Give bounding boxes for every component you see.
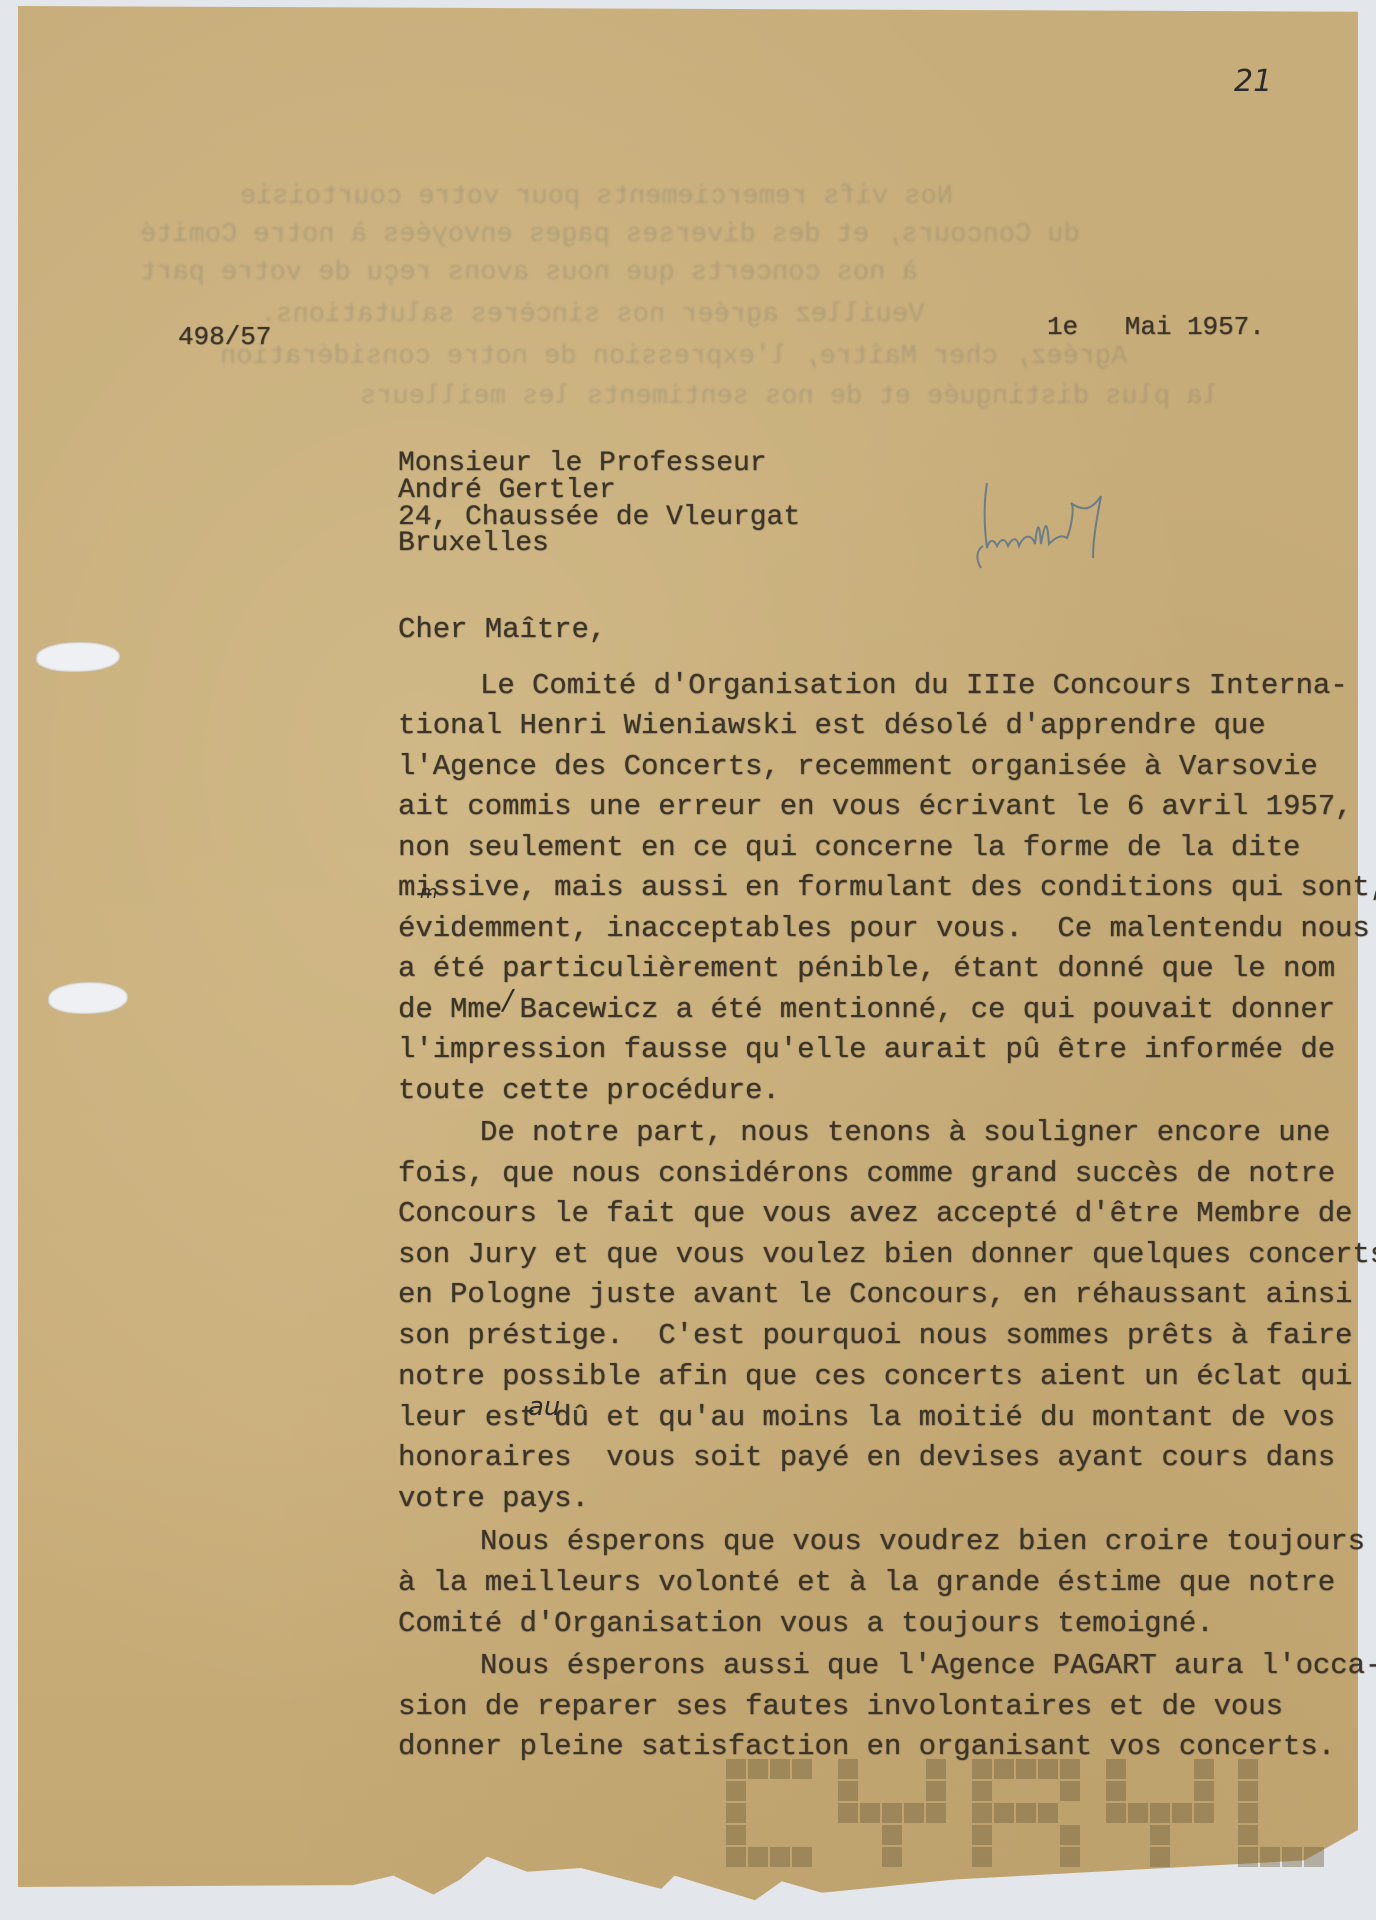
watermark-cell: [1106, 1781, 1126, 1801]
watermark-cell: [926, 1759, 946, 1779]
body-line: ait commis une erreur en vous écrivant l…: [398, 787, 1352, 827]
watermark-cell: [972, 1803, 992, 1823]
watermark-cell: [1150, 1825, 1170, 1845]
watermark-cell: [1172, 1803, 1192, 1823]
watermark-cell: [1238, 1847, 1258, 1867]
watermark-cell: [1016, 1759, 1036, 1779]
body-line: l'impression fausse qu'elle aurait pû êt…: [398, 1030, 1335, 1070]
watermark-cell: [972, 1825, 992, 1845]
watermark-cell: [1238, 1825, 1258, 1845]
body-line: de Mme Bacewicz a été mentionné, ce qui …: [398, 990, 1335, 1030]
watermark-cell: [726, 1847, 746, 1867]
handwritten-correction: au: [528, 1392, 560, 1422]
watermark-cell: [1238, 1803, 1258, 1823]
page-number: 21: [1234, 64, 1272, 99]
watermark-cell: [838, 1781, 858, 1801]
watermark-cell: [1260, 1847, 1280, 1867]
watermark-cell: [1238, 1781, 1258, 1801]
body-line: honoraires vous soit payé en devises aya…: [398, 1438, 1335, 1478]
body-line: Comité d'Organisation vous a toujours te…: [398, 1604, 1214, 1644]
handwritten-correction: /: [503, 983, 512, 1016]
watermark-cell: [972, 1781, 992, 1801]
body-line: son préstige. C'est pourquoi nous sommes…: [398, 1316, 1352, 1356]
body-line: Concours le fait que vous avez accepté d…: [398, 1194, 1352, 1234]
body-line: a été particulièrement pénible, étant do…: [398, 949, 1335, 989]
watermark-cell: [1038, 1759, 1058, 1779]
watermark-cell: [726, 1825, 746, 1845]
watermark-cell: [1060, 1847, 1080, 1867]
ghost-line: Agréez, cher Maître, l'expression de not…: [220, 342, 1127, 372]
body-line: missive, mais aussi en formulant des con…: [398, 868, 1376, 908]
salutation: Cher Maître,: [398, 613, 606, 646]
watermark-cell: [838, 1803, 858, 1823]
watermark-cell: [994, 1759, 1014, 1779]
body-line: non seulement en ce qui concerne la form…: [398, 828, 1300, 868]
watermark-cell: [1194, 1781, 1214, 1801]
watermark-cell: [882, 1847, 902, 1867]
body-line: tional Henri Wieniawski est désolé d'app…: [398, 706, 1266, 746]
signature: [975, 478, 1125, 578]
watermark-cell: [770, 1759, 790, 1779]
watermark-cell: [1150, 1803, 1170, 1823]
ghost-line: Nos vifs remerciements pour votre courto…: [240, 182, 953, 212]
watermark-cell: [1128, 1803, 1148, 1823]
watermark-cell: [1060, 1825, 1080, 1845]
watermark-cell: [926, 1781, 946, 1801]
body-line: De notre part, nous tenons à souligner e…: [480, 1113, 1330, 1153]
body-line: Nous ésperons aussi que l'Agence PAGART …: [480, 1646, 1376, 1686]
body-line: votre pays.: [398, 1479, 589, 1519]
watermark-cell: [792, 1847, 812, 1867]
reference-number: 498/57: [178, 322, 271, 352]
watermark-cell: [1304, 1847, 1324, 1867]
watermark-cell: [1106, 1759, 1126, 1779]
watermark-cell: [748, 1759, 768, 1779]
watermark-cell: [1106, 1803, 1126, 1823]
body-line: Le Comité d'Organisation du IIIe Concour…: [480, 666, 1348, 706]
body-line: fois, que nous considérons comme grand s…: [398, 1154, 1335, 1194]
watermark-cell: [1282, 1847, 1302, 1867]
body-line: évidemment, inacceptables pour vous. Ce …: [398, 909, 1370, 949]
watermark-cell: [726, 1781, 746, 1801]
recipient-line: Monsieur le Professeur: [398, 450, 767, 478]
watermark-cell: [726, 1759, 746, 1779]
watermark-cell: [1016, 1803, 1036, 1823]
watermark-cell: [1194, 1803, 1214, 1823]
watermark-cell: [748, 1847, 768, 1867]
watermark-cell: [770, 1847, 790, 1867]
letter-date: 1e Mai 1957.: [1047, 312, 1265, 342]
watermark-cell: [1194, 1759, 1214, 1779]
watermark-cell: [1060, 1759, 1080, 1779]
watermark-cell: [904, 1803, 924, 1823]
ghost-line: du Concours, et des diverses pages envoy…: [140, 220, 1080, 250]
handwritten-correction: m: [420, 882, 438, 903]
watermark-cell: [1060, 1781, 1080, 1801]
body-line: notre possible afin que ces concerts aie…: [398, 1357, 1352, 1397]
watermark-cell: [882, 1803, 902, 1823]
watermark-cell: [1038, 1803, 1058, 1823]
recipient-line: André Gertler: [398, 477, 616, 505]
body-line: sion de reparer ses fautes involontaires…: [398, 1687, 1283, 1727]
watermark-cell: [1238, 1759, 1258, 1779]
watermark-cell: [972, 1847, 992, 1867]
watermark-cell: [994, 1803, 1014, 1823]
watermark-cell: [1150, 1847, 1170, 1867]
punch-hole-top: [36, 642, 120, 672]
punch-hole-bottom: [48, 982, 128, 1014]
ghost-line: Veuillez agréer nos sincères salutations…: [260, 300, 924, 330]
body-line: en Pologne juste avant le Concours, en r…: [398, 1275, 1352, 1315]
watermark-cell: [972, 1759, 992, 1779]
body-line: l'Agence des Concerts, recemment organis…: [398, 747, 1318, 787]
body-line: Nous ésperons que vous voudrez bien croi…: [480, 1522, 1365, 1562]
ghost-line: la plus distinguée et de nos sentiments …: [360, 382, 1219, 412]
ghost-line: à nos concerts que nous avons reçu de vo…: [140, 258, 918, 288]
recipient-line: Bruxelles: [398, 530, 549, 558]
body-line: à la meilleurs volonté et à la grande és…: [398, 1563, 1335, 1603]
watermark-cell: [838, 1759, 858, 1779]
watermark-cell: [792, 1759, 812, 1779]
watermark-cell: [726, 1803, 746, 1823]
watermark-cell: [860, 1803, 880, 1823]
watermark-cell: [926, 1803, 946, 1823]
body-line: toute cette procédure.: [398, 1071, 780, 1111]
watermark-cell: [882, 1825, 902, 1845]
body-line: son Jury et que vous voulez bien donner …: [398, 1235, 1376, 1275]
